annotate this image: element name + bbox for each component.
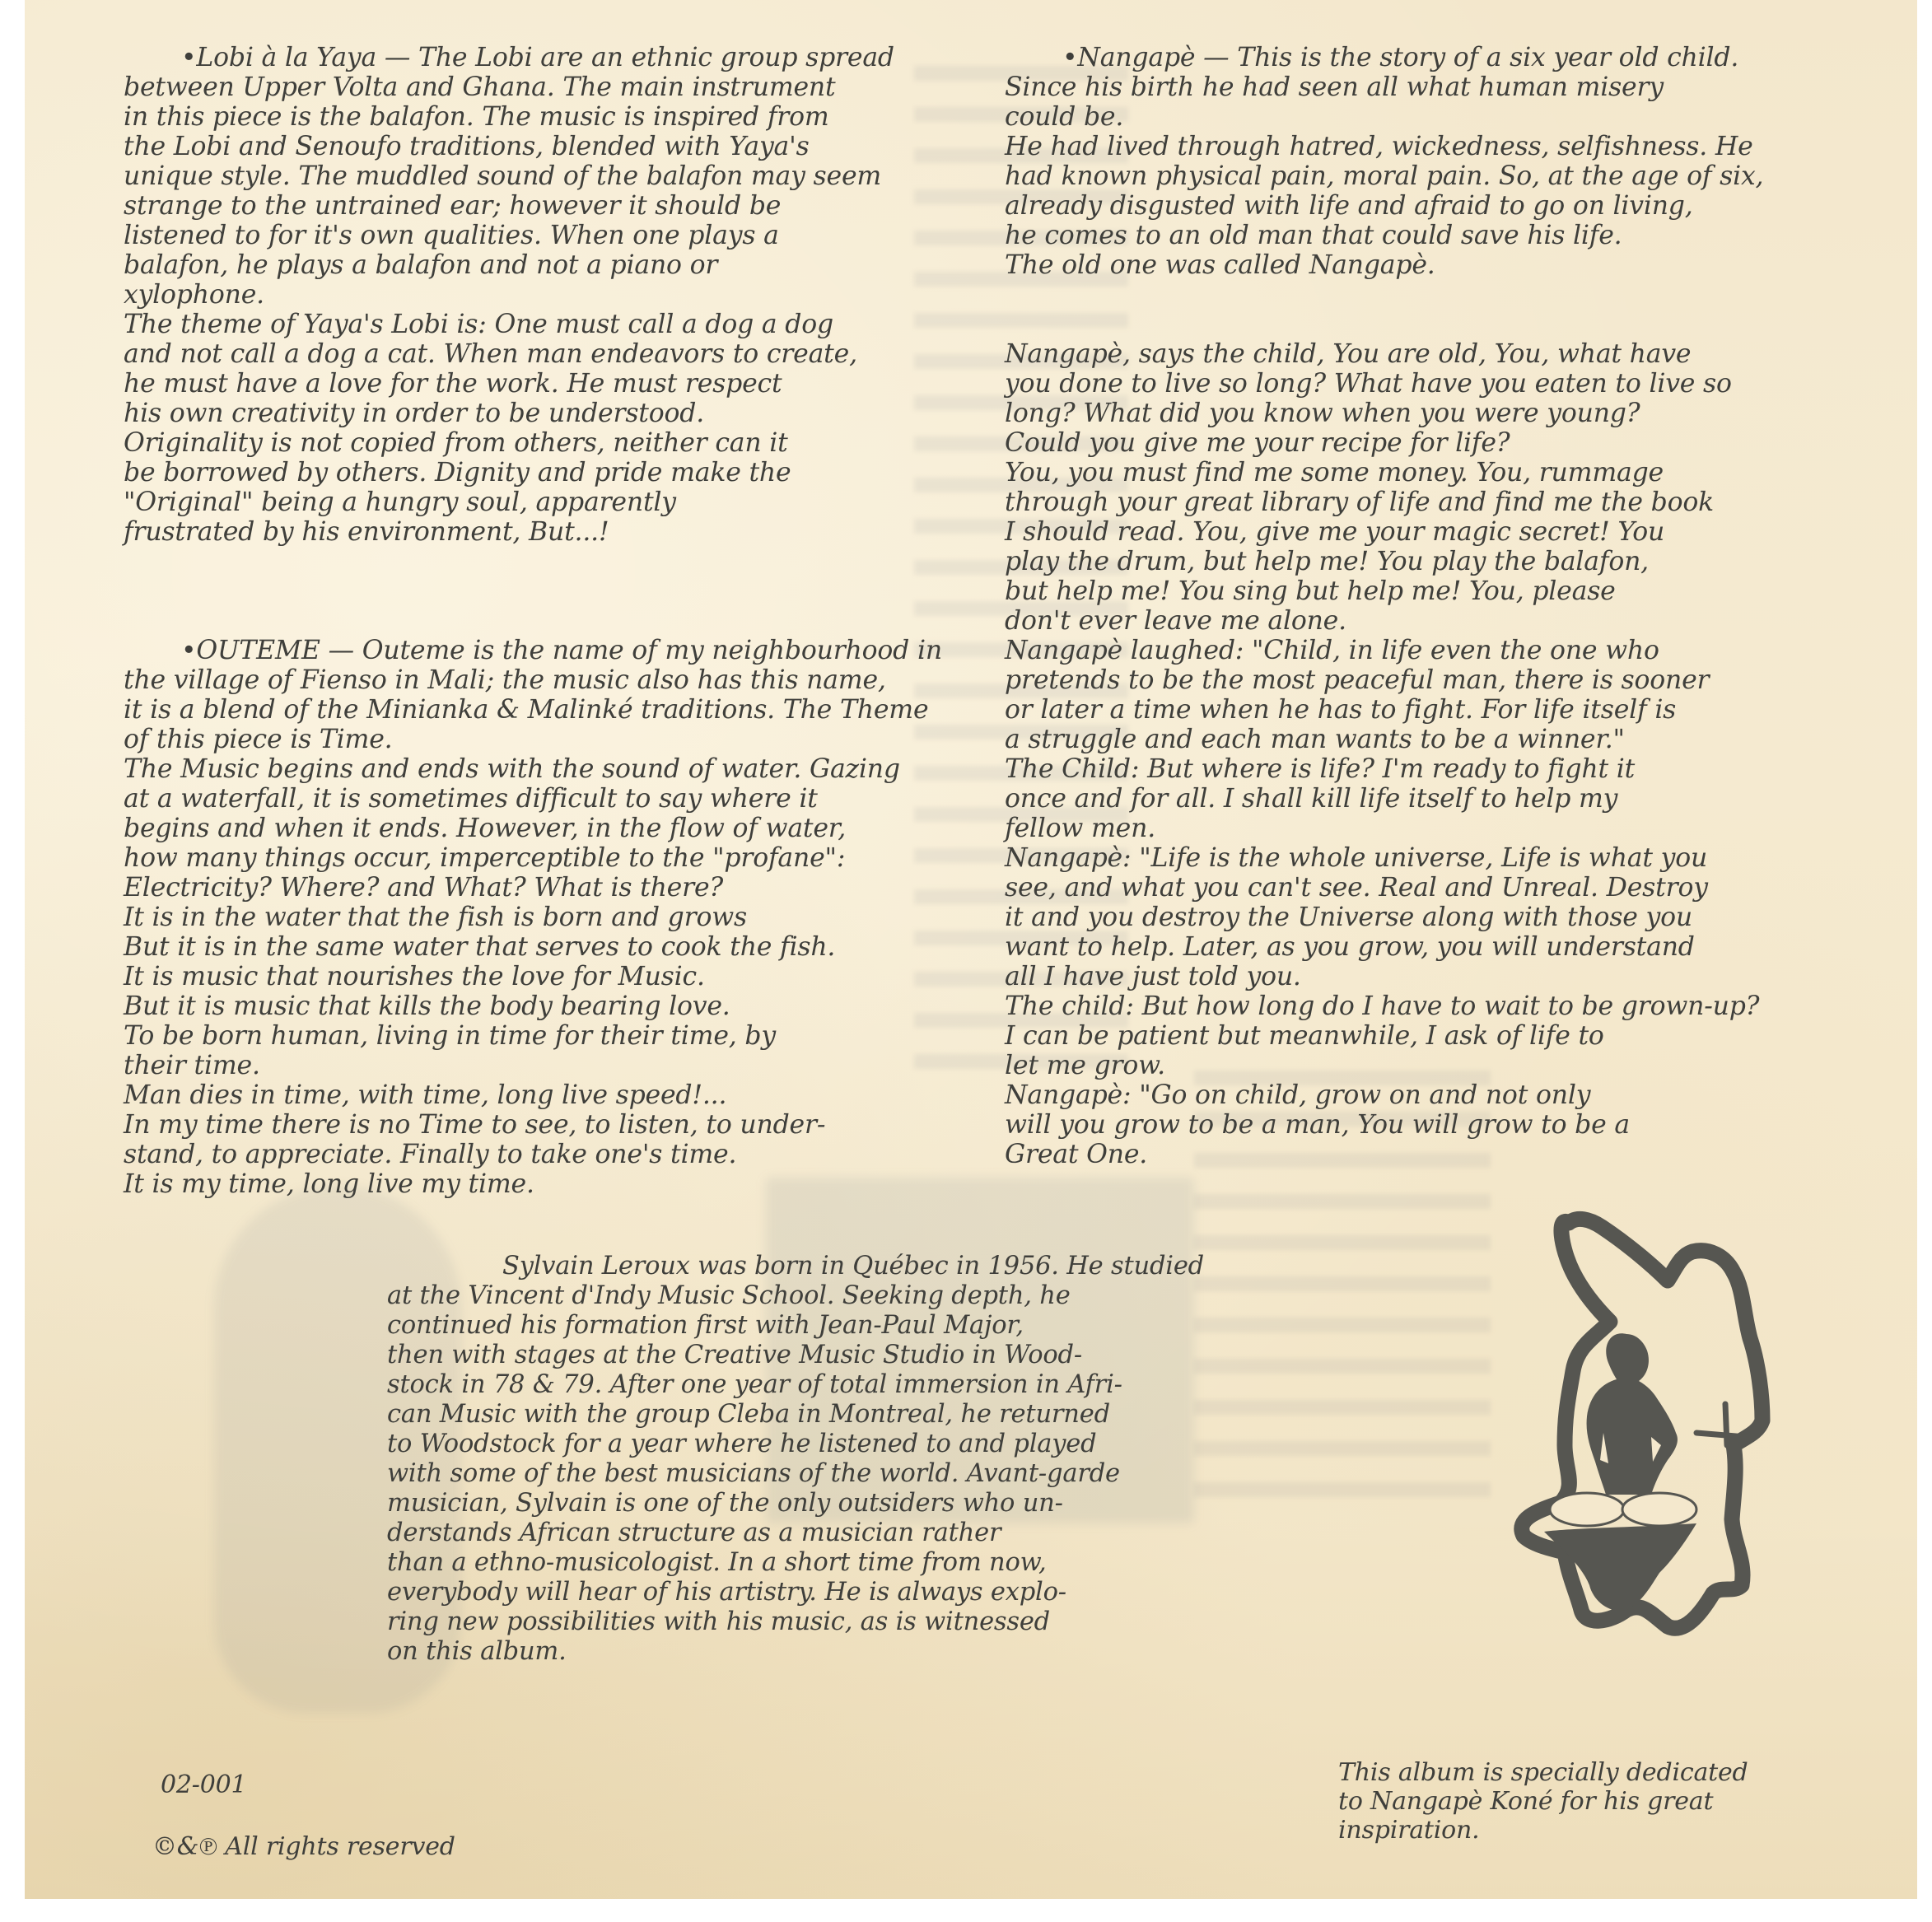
- handwritten-line: a struggle and each man wants to be a wi…: [1005, 725, 1759, 754]
- handwritten-line: once and for all. I shall kill life itse…: [1005, 784, 1759, 814]
- handwritten-line: and not call a dog a cat. When man endea…: [124, 339, 894, 369]
- handwritten-line: had known physical pain, moral pain. So,…: [1005, 161, 1763, 191]
- handwritten-line: It is my time, long live my time.: [124, 1169, 942, 1199]
- handwritten-line: can Music with the group Cleba in Montre…: [387, 1400, 1204, 1430]
- handwritten-line: could be.: [1005, 102, 1763, 132]
- section-nangape-story: Nangapè, says the child, You are old, Yo…: [1005, 339, 1759, 1169]
- handwritten-line: You, you must find me some money. You, r…: [1005, 458, 1759, 487]
- handwritten-line: It is in the water that the fish is born…: [124, 903, 942, 932]
- handwritten-line: The Music begins and ends with the sound…: [124, 754, 942, 784]
- handwritten-line: He had lived through hatred, wickedness,…: [1005, 132, 1763, 161]
- handwritten-line: their time.: [124, 1051, 942, 1080]
- handwritten-line: pretends to be the most peaceful man, th…: [1005, 665, 1759, 695]
- handwritten-line: Great One.: [1005, 1140, 1759, 1169]
- handwritten-line: or later a time when he has to fight. Fo…: [1005, 695, 1759, 725]
- handwritten-line: Nangapè: "Life is the whole universe, Li…: [1005, 843, 1759, 873]
- handwritten-line: already disgusted with life and afraid t…: [1005, 191, 1763, 221]
- handwritten-line: to Woodstock for a year where he listene…: [387, 1430, 1204, 1459]
- handwritten-line: be borrowed by others. Dignity and pride…: [124, 458, 894, 487]
- catalog-number: 02-001: [161, 1770, 246, 1800]
- handwritten-line: unique style. The muddled sound of the b…: [124, 161, 894, 191]
- handwritten-line: The theme of Yaya's Lobi is: One must ca…: [124, 310, 894, 339]
- handwritten-line: in this piece is the balafon. The music …: [124, 102, 894, 132]
- handwritten-line: balafon, he plays a balafon and not a pi…: [124, 250, 894, 280]
- handwritten-line: frustrated by his environment, But...!: [124, 517, 894, 547]
- handwritten-line: don't ever leave me alone.: [1005, 606, 1759, 636]
- handwritten-line: I should read. You, give me your magic s…: [1005, 517, 1759, 547]
- handwritten-line: The old one was called Nangapè.: [1005, 250, 1763, 280]
- handwritten-line: •Nangapè — This is the story of a six ye…: [1005, 43, 1763, 72]
- handwritten-line: you done to live so long? What have you …: [1005, 369, 1759, 399]
- handwritten-line: fellow men.: [1005, 814, 1759, 843]
- handwritten-line: stand, to appreciate. Finally to take on…: [124, 1140, 942, 1169]
- handwritten-line: But it is music that kills the body bear…: [124, 991, 942, 1021]
- handwritten-line: In my time there is no Time to see, to l…: [124, 1110, 942, 1140]
- handwritten-line: his own creativity in order to be unders…: [124, 399, 894, 428]
- handwritten-line: Since his birth he had seen all what hum…: [1005, 72, 1763, 102]
- handwritten-line: Nangapè laughed: "Child, in life even th…: [1005, 636, 1759, 665]
- handwritten-line: let me grow.: [1005, 1051, 1759, 1080]
- handwritten-line: he must have a love for the work. He mus…: [124, 369, 894, 399]
- handwritten-line: musician, Sylvain is one of the only out…: [387, 1489, 1204, 1518]
- section-lobi-a-la-yaya: •Lobi à la Yaya — The Lobi are an ethnic…: [124, 43, 894, 547]
- handwritten-line: To be born human, living in time for the…: [124, 1021, 942, 1051]
- handwritten-line: will you grow to be a man, You will grow…: [1005, 1110, 1759, 1140]
- handwritten-line: at the Vincent d'Indy Music School. Seek…: [387, 1281, 1204, 1311]
- handwritten-line: Could you give me your recipe for life?: [1005, 428, 1759, 458]
- artist-biography: Sylvain Leroux was born in Québec in 195…: [387, 1252, 1204, 1667]
- handwritten-line: continued his formation first with Jean-…: [387, 1311, 1204, 1341]
- handwritten-line: to Nangapè Koné for his great: [1338, 1787, 1748, 1816]
- handwritten-line: •OUTEME — Outeme is the name of my neigh…: [124, 636, 942, 665]
- handwritten-line: The Child: But where is life? I'm ready …: [1005, 754, 1759, 784]
- handwritten-line: want to help. Later, as you grow, you wi…: [1005, 932, 1759, 962]
- handwritten-line: with some of the best musicians of the w…: [387, 1459, 1204, 1489]
- handwritten-line: stock in 78 & 79. After one year of tota…: [387, 1370, 1204, 1400]
- copyright-text: ©&℗ All rights reserved: [152, 1832, 455, 1862]
- handwritten-line: but help me! You sing but help me! You, …: [1005, 576, 1759, 606]
- section-outeme: •OUTEME — Outeme is the name of my neigh…: [124, 636, 942, 1199]
- handwritten-line: the village of Fienso in Mali; the music…: [124, 665, 942, 695]
- handwritten-line: Man dies in time, with time, long live s…: [124, 1080, 942, 1110]
- handwritten-line: than a ethno-musicologist. In a short ti…: [387, 1548, 1204, 1578]
- handwritten-line: then with stages at the Creative Music S…: [387, 1341, 1204, 1370]
- dedication: This album is specially dedicatedto Nang…: [1338, 1758, 1748, 1845]
- catalog-number-text: 02-001: [161, 1770, 246, 1800]
- handwritten-line: The child: But how long do I have to wai…: [1005, 991, 1759, 1021]
- handwritten-line: It is music that nourishes the love for …: [124, 962, 942, 991]
- handwritten-line: derstands African structure as a musicia…: [387, 1518, 1204, 1548]
- handwritten-line: at a waterfall, it is sometimes difficul…: [124, 784, 942, 814]
- handwritten-line: see, and what you can't see. Real and Un…: [1005, 873, 1759, 903]
- handwritten-line: the Lobi and Senoufo traditions, blended…: [124, 132, 894, 161]
- handwritten-line: begins and when it ends. However, in the…: [124, 814, 942, 843]
- copyright-notice: ©&℗ All rights reserved: [152, 1832, 455, 1862]
- handwritten-line: This album is specially dedicated: [1338, 1758, 1748, 1787]
- handwritten-line: Nangapè, says the child, You are old, Yo…: [1005, 339, 1759, 369]
- handwritten-line: through your great library of life and f…: [1005, 487, 1759, 517]
- handwritten-line: Nangapè: "Go on child, grow on and not o…: [1005, 1080, 1759, 1110]
- handwritten-line: inspiration.: [1338, 1816, 1748, 1845]
- handwritten-line: he comes to an old man that could save h…: [1005, 221, 1763, 250]
- handwritten-line: xylophone.: [124, 280, 894, 310]
- section-nangape-intro: •Nangapè — This is the story of a six ye…: [1005, 43, 1763, 280]
- handwritten-line: on this album.: [387, 1637, 1204, 1667]
- handwritten-line: between Upper Volta and Ghana. The main …: [124, 72, 894, 102]
- handwritten-line: it is a blend of the Minianka & Malinké …: [124, 695, 942, 725]
- handwritten-line: But it is in the same water that serves …: [124, 932, 942, 962]
- handwritten-line: it and you destroy the Universe along wi…: [1005, 903, 1759, 932]
- handwritten-line: how many things occur, imperceptible to …: [124, 843, 942, 873]
- handwritten-line: everybody will hear of his artistry. He …: [387, 1578, 1204, 1607]
- handwritten-line: Electricity? Where? and What? What is th…: [124, 873, 942, 903]
- handwritten-line: strange to the untrained ear; however it…: [124, 191, 894, 221]
- handwritten-line: of this piece is Time.: [124, 725, 942, 754]
- handwritten-line: Sylvain Leroux was born in Québec in 195…: [387, 1252, 1204, 1281]
- handwritten-line: •Lobi à la Yaya — The Lobi are an ethnic…: [124, 43, 894, 72]
- handwritten-line: ring new possibilities with his music, a…: [387, 1607, 1204, 1637]
- handwritten-line: play the drum, but help me! You play the…: [1005, 547, 1759, 576]
- handwritten-line: I can be patient but meanwhile, I ask of…: [1005, 1021, 1759, 1051]
- handwritten-line: "Original" being a hungry soul, apparent…: [124, 487, 894, 517]
- handwritten-line: listened to for it's own qualities. When…: [124, 221, 894, 250]
- handwritten-line: Originality is not copied from others, n…: [124, 428, 894, 458]
- handwritten-line: all I have just told you.: [1005, 962, 1759, 991]
- drummer-silhouette-icon: [1511, 1198, 1791, 1659]
- handwritten-line: long? What did you know when you were yo…: [1005, 399, 1759, 428]
